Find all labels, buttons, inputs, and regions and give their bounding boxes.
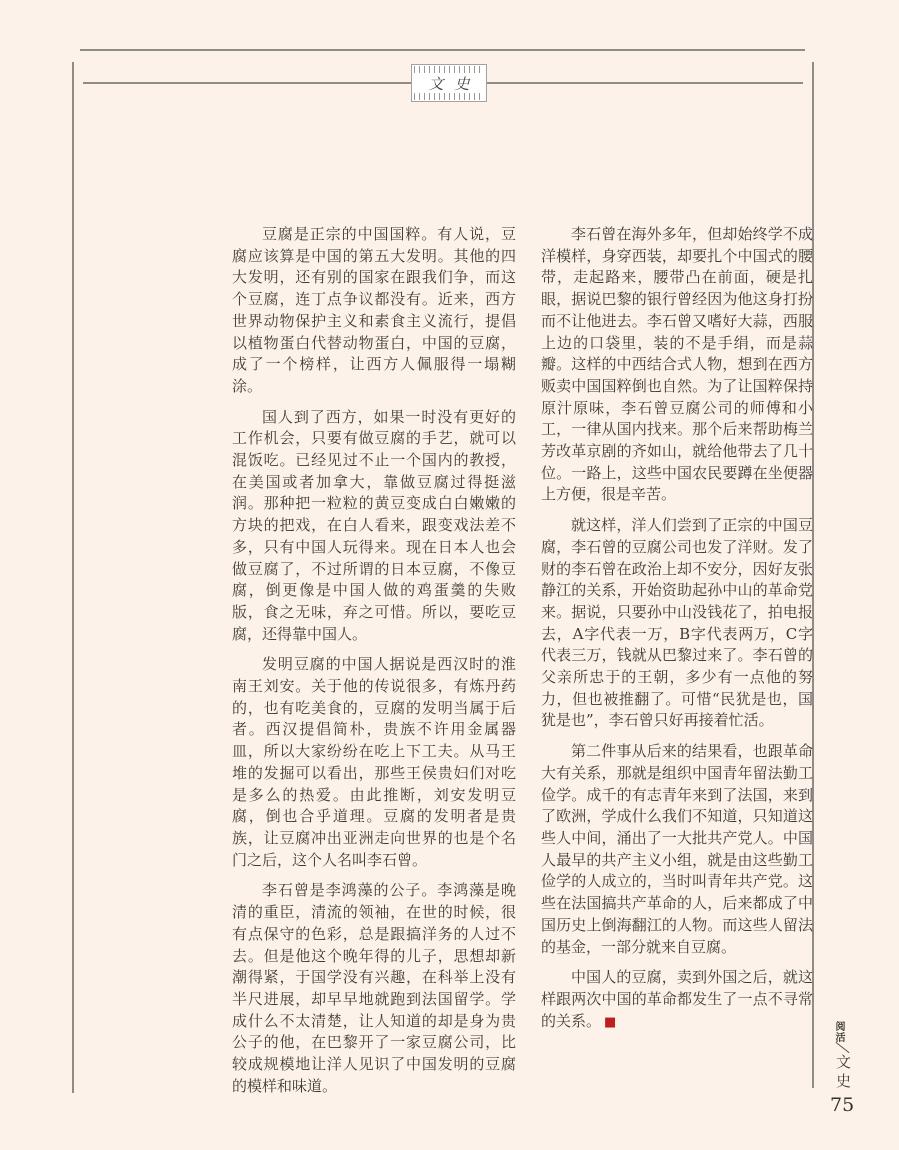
sidebar-column-label-small: 阅活 — [831, 1021, 846, 1043]
article-paragraph-text: 中国人的豆腐，卖到外国之后，就这样跟两次中国的革命都发生了一点不寻常的关系。 — [541, 968, 813, 1029]
page-number: 75 — [830, 1094, 854, 1116]
article-paragraph: 李石曾在海外多年，但却始终学不成洋模样，身穿西装，却要扎个中国式的腰带，走起路来… — [541, 224, 813, 506]
article-column-left: 豆腐是正宗的中国国粹。有人说，豆腐应该算是中国的第五大发明。其他的四大发明，还有… — [232, 224, 516, 1106]
section-badge-label: 文史 — [417, 73, 480, 94]
article-paragraph: 第二件事从后来的结果看，也跟革命大有关系，那就是组织中国青年留法勤工俭学。成千的… — [541, 741, 813, 958]
article-paragraph: 发明豆腐的中国人据说是西汉时的淮南王刘安。关于他的传说很多，有炼丹药的，也有吃美… — [232, 654, 516, 871]
left-border-line — [72, 62, 74, 1093]
article-paragraph: 国人到了西方，如果一时没有更好的工作机会，只要有做豆腐的手艺，就可以混饭吃。已经… — [232, 407, 516, 646]
sidebar-column-label-large: 文史 — [833, 1054, 854, 1092]
section-badge: 文史 — [411, 64, 487, 102]
article-paragraph: 就这样，洋人们尝到了正宗的中国豆腐，李石曾的豆腐公司也发了洋财。发了财的李石曾在… — [541, 515, 813, 732]
article-column-right: 李石曾在海外多年，但却始终学不成洋模样，身穿西装，却要扎个中国式的腰带，走起路来… — [541, 224, 813, 1042]
article-paragraph: 豆腐是正宗的中国国粹。有人说，豆腐应该算是中国的第五大发明。其他的四大发明，还有… — [232, 224, 516, 398]
article-paragraph: 李石曾是李鸿藻的公子。李鸿藻是晚清的重臣，清流的领袖，在世的时候，很有点保守的色… — [232, 880, 516, 1097]
end-of-article-mark: ■ — [601, 1015, 616, 1030]
header-rule-top — [80, 49, 805, 51]
magazine-page: 文史 豆腐是正宗的中国国粹。有人说，豆腐应该算是中国的第五大发明。其他的四大发明… — [0, 0, 899, 1150]
slash-divider — [835, 1042, 849, 1053]
article-paragraph: 中国人的豆腐，卖到外国之后，就这样跟两次中国的革命都发生了一点不寻常的关系。■ — [541, 967, 813, 1033]
